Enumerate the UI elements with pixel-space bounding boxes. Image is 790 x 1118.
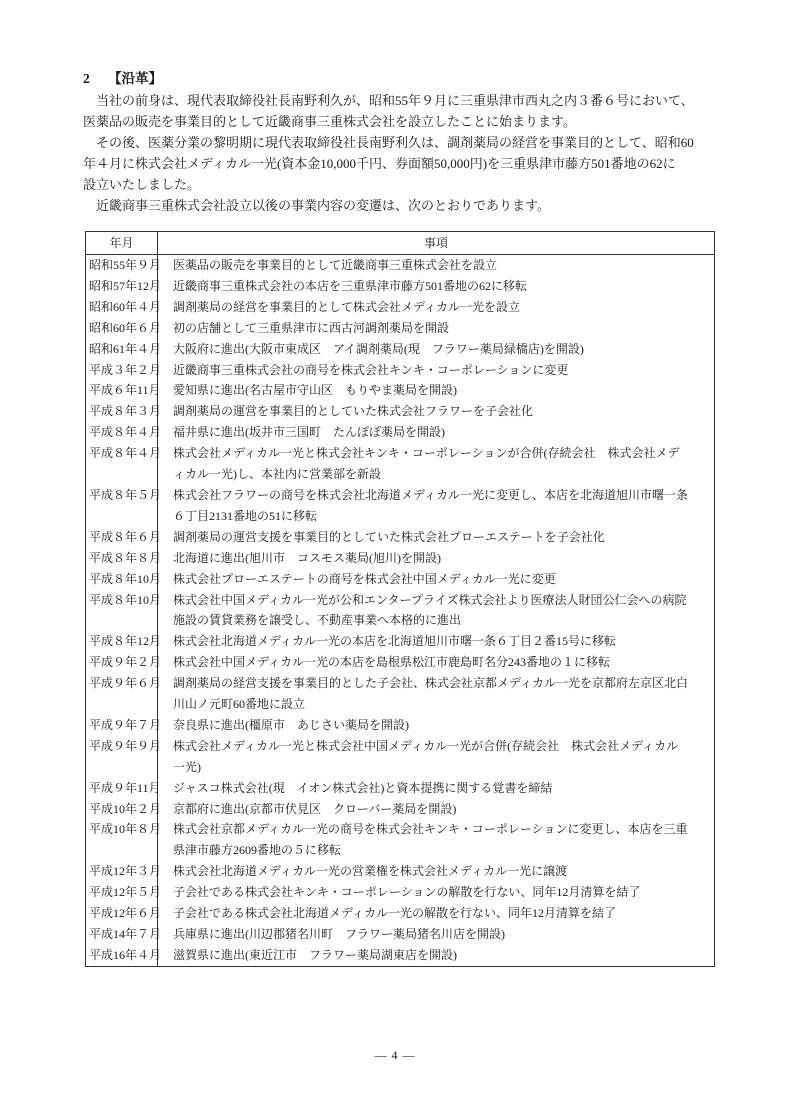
row-date: 平成12年６月 <box>86 903 158 924</box>
row-item-line: 医薬品の販売を事業目的として近畿商事三重株式会社を設立 <box>173 255 714 276</box>
row-item-line: 株式会社メディカル一光と株式会社中国メディカル一光が合併(存続会社 株式会社メデ… <box>173 736 714 757</box>
table-row: 平成８年10月株式会社プローエステートの商号を株式会社中国メディカル一光に変更 <box>86 569 715 590</box>
row-item-line: 愛知県に進出(名古屋市守山区 もりやま薬局を開設) <box>173 380 714 401</box>
column-header-item: 事項 <box>158 232 715 255</box>
table-row: 平成９年11月ジャスコ株式会社(現 イオン株式会社)と資本提携に関する覚書を締結 <box>86 778 715 799</box>
row-date: 平成８年４月 <box>86 443 158 485</box>
table-row: 平成８年４月株式会社メディカル一光と株式会社キンキ・コーポレーションが合併(存続… <box>86 443 715 485</box>
row-item-line: 川山ノ元町60番地に設立 <box>173 694 714 715</box>
row-item-line: 株式会社プローエステートの商号を株式会社中国メディカル一光に変更 <box>173 569 714 590</box>
row-date: 平成９年６月 <box>86 673 158 715</box>
row-item: 兵庫県に進出(川辺郡猪名川町 フラワー薬局猪名川店を開設) <box>158 924 715 945</box>
row-item-line: 大阪府に進出(大阪市東成区 アイ調剤薬局(現 フラワー薬局緑橋店)を開設) <box>173 339 714 360</box>
row-date: 平成12年５月 <box>86 882 158 903</box>
row-item-line: 奈良県に進出(橿原市 あじさい薬局を開設) <box>173 715 714 736</box>
row-item-line: 京都府に進出(京都市伏見区 クローバー薬局を開設) <box>173 799 714 820</box>
paragraph-line: 近畿商事三重株式会社設立以後の事業内容の変遷は、次のとおりであります。 <box>83 196 717 217</box>
row-item-line: 調剤薬局の運営支援を事業目的としていた株式会社プローエステートを子会社化 <box>173 527 714 548</box>
row-item: 調剤薬局の経営を事業目的として株式会社メディカル一光を設立 <box>158 297 715 318</box>
row-item: 株式会社フラワーの商号を株式会社北海道メディカル一光に変更し、本店を北海道旭川市… <box>158 485 715 527</box>
table-row: 平成６年11月愛知県に進出(名古屋市守山区 もりやま薬局を開設) <box>86 380 715 401</box>
row-date: 昭和55年９月 <box>86 255 158 276</box>
row-item-line: 調剤薬局の経営を事業目的として株式会社メディカル一光を設立 <box>173 297 714 318</box>
row-item: 株式会社北海道メディカル一光の営業権を株式会社メディカル一光に譲渡 <box>158 861 715 882</box>
row-date: 平成16年４月 <box>86 945 158 966</box>
row-item: 愛知県に進出(名古屋市守山区 もりやま薬局を開設) <box>158 380 715 401</box>
row-item-line: ６丁目2131番地の51に移転 <box>173 506 714 527</box>
row-item: 調剤薬局の運営支援を事業目的としていた株式会社プローエステートを子会社化 <box>158 527 715 548</box>
row-date: 平成８年12月 <box>86 631 158 652</box>
row-item-line: 株式会社メディカル一光と株式会社キンキ・コーポレーションが合併(存続会社 株式会… <box>173 443 714 464</box>
row-item: 株式会社中国メディカル一光が公和エンタープライズ株式会社より医療法人財団公仁会へ… <box>158 590 715 632</box>
row-item: 子会社である株式会社キンキ・コーポレーションの解散を行ない、同年12月清算を結了 <box>158 882 715 903</box>
row-item: 医薬品の販売を事業目的として近畿商事三重株式会社を設立 <box>158 255 715 276</box>
row-date: 昭和60年４月 <box>86 297 158 318</box>
row-item-line: 初の店舗として三重県津市に西古河調剤薬局を開設 <box>173 318 714 339</box>
header-row: 年月 事項 <box>86 232 715 255</box>
row-item-line: 調剤薬局の運営を事業目的としていた株式会社フラワーを子会社化 <box>173 401 714 422</box>
row-item-line: 子会社である株式会社キンキ・コーポレーションの解散を行ない、同年12月清算を結了 <box>173 882 714 903</box>
row-item: 京都府に進出(京都市伏見区 クローバー薬局を開設) <box>158 799 715 820</box>
row-item-line: 株式会社北海道メディカル一光の営業権を株式会社メディカル一光に譲渡 <box>173 861 714 882</box>
row-date: 平成10年２月 <box>86 799 158 820</box>
row-item: 初の店舗として三重県津市に西古河調剤薬局を開設 <box>158 318 715 339</box>
row-item: 北海道に進出(旭川市 コスモス薬局(旭川)を開設) <box>158 548 715 569</box>
row-item-line: 株式会社北海道メディカル一光の本店を北海道旭川市曙一条６丁目２番15号に移転 <box>173 631 714 652</box>
row-item: ジャスコ株式会社(現 イオン株式会社)と資本提携に関する覚書を締結 <box>158 778 715 799</box>
row-item-line: 株式会社フラワーの商号を株式会社北海道メディカル一光に変更し、本店を北海道旭川市… <box>173 485 714 506</box>
row-item-line: 株式会社京都メディカル一光の商号を株式会社キンキ・コーポレーションに変更し、本店… <box>173 819 714 840</box>
row-item: 近畿商事三重株式会社の本店を三重県津市藤方501番地の62に移転 <box>158 276 715 297</box>
row-date: 平成９年９月 <box>86 736 158 778</box>
history-table-body: 昭和55年９月医薬品の販売を事業目的として近畿商事三重株式会社を設立昭和57年1… <box>86 255 715 967</box>
row-date: 平成８年３月 <box>86 401 158 422</box>
table-row: 平成10年８月株式会社京都メディカル一光の商号を株式会社キンキ・コーポレーション… <box>86 819 715 861</box>
paragraph-line: その後、医薬分業の黎明期に現代表取締役社長南野利久は、調剤薬局の経営を事業目的と… <box>83 133 717 154</box>
row-item: 近畿商事三重株式会社の商号を株式会社キンキ・コーポレーションに変更 <box>158 360 715 381</box>
row-item: 株式会社プローエステートの商号を株式会社中国メディカル一光に変更 <box>158 569 715 590</box>
row-item-line: 北海道に進出(旭川市 コスモス薬局(旭川)を開設) <box>173 548 714 569</box>
row-item-line: 一光) <box>173 757 714 778</box>
row-date: 昭和61年４月 <box>86 339 158 360</box>
table-row: 平成８年３月調剤薬局の運営を事業目的としていた株式会社フラワーを子会社化 <box>86 401 715 422</box>
table-row: 平成10年２月京都府に進出(京都市伏見区 クローバー薬局を開設) <box>86 799 715 820</box>
row-item-line: 兵庫県に進出(川辺郡猪名川町 フラワー薬局猪名川店を開設) <box>173 924 714 945</box>
row-date: 平成３年２月 <box>86 360 158 381</box>
paragraph-line: 当社の前身は、現代表取締役社長南野利久が、昭和55年９月に三重県津市西丸之内３番… <box>83 91 717 112</box>
table-row: 昭和55年９月医薬品の販売を事業目的として近畿商事三重株式会社を設立 <box>86 255 715 276</box>
row-item: 株式会社北海道メディカル一光の本店を北海道旭川市曙一条６丁目２番15号に移転 <box>158 631 715 652</box>
row-item-line: 株式会社中国メディカル一光の本店を島根県松江市鹿島町名分243番地の１に移転 <box>173 652 714 673</box>
row-date: 平成８年５月 <box>86 485 158 527</box>
row-item-line: 子会社である株式会社北海道メディカル一光の解散を行ない、同年12月清算を結了 <box>173 903 714 924</box>
table-row: 平成８年10月株式会社中国メディカル一光が公和エンタープライズ株式会社より医療法… <box>86 590 715 632</box>
table-row: 平成８年12月株式会社北海道メディカル一光の本店を北海道旭川市曙一条６丁目２番1… <box>86 631 715 652</box>
table-row: 平成８年８月北海道に進出(旭川市 コスモス薬局(旭川)を開設) <box>86 548 715 569</box>
section-number: 2 <box>83 70 90 88</box>
row-item: 子会社である株式会社北海道メディカル一光の解散を行ない、同年12月清算を結了 <box>158 903 715 924</box>
row-date: 平成９年２月 <box>86 652 158 673</box>
history-table: 年月 事項 昭和55年９月医薬品の販売を事業目的として近畿商事三重株式会社を設立… <box>85 231 715 967</box>
table-row: 平成８年６月調剤薬局の運営支援を事業目的としていた株式会社プローエステートを子会… <box>86 527 715 548</box>
row-item-line: ィカル一光)し、本社内に営業部を新設 <box>173 464 714 485</box>
paragraph-line: 年４月に株式会社メディカル一光(資本金10,000千円、券面額50,000円)を… <box>83 154 717 175</box>
column-header-date: 年月 <box>86 232 158 255</box>
row-item-line: 施設の賃貸業務を譲受し、不動産事業へ本格的に進出 <box>173 610 714 631</box>
table-row: 平成12年３月株式会社北海道メディカル一光の営業権を株式会社メディカル一光に譲渡 <box>86 861 715 882</box>
table-row: 平成９年６月調剤薬局の経営支援を事業目的とした子会社、株式会社京都メディカル一光… <box>86 673 715 715</box>
row-item-line: 近畿商事三重株式会社の本店を三重県津市藤方501番地の62に移転 <box>173 276 714 297</box>
row-date: 平成８年10月 <box>86 590 158 632</box>
row-item-line: ジャスコ株式会社(現 イオン株式会社)と資本提携に関する覚書を締結 <box>173 778 714 799</box>
row-item-line: 調剤薬局の経営支援を事業目的とした子会社、株式会社京都メディカル一光を京都府左京… <box>173 673 714 694</box>
table-row: 平成12年６月子会社である株式会社北海道メディカル一光の解散を行ない、同年12月… <box>86 903 715 924</box>
table-row: 平成８年４月福井県に進出(坂井市三国町 たんぽぽ薬局を開設) <box>86 422 715 443</box>
paragraph-line: 医薬品の販売を事業目的として近畿商事三重株式会社を設立したことに始まります。 <box>83 112 717 133</box>
table-row: 昭和60年４月調剤薬局の経営を事業目的として株式会社メディカル一光を設立 <box>86 297 715 318</box>
intro-paragraphs: 当社の前身は、現代表取締役社長南野利久が、昭和55年９月に三重県津市西丸之内３番… <box>83 91 717 216</box>
row-item: 大阪府に進出(大阪市東成区 アイ調剤薬局(現 フラワー薬局緑橋店)を開設) <box>158 339 715 360</box>
row-date: 平成８年８月 <box>86 548 158 569</box>
row-item: 調剤薬局の運営を事業目的としていた株式会社フラワーを子会社化 <box>158 401 715 422</box>
table-row: 平成３年２月近畿商事三重株式会社の商号を株式会社キンキ・コーポレーションに変更 <box>86 360 715 381</box>
table-row: 昭和60年６月初の店舗として三重県津市に西古河調剤薬局を開設 <box>86 318 715 339</box>
paragraph-line: 設立いたしました。 <box>83 175 717 196</box>
row-date: 昭和60年６月 <box>86 318 158 339</box>
table-row: 平成14年７月兵庫県に進出(川辺郡猪名川町 フラワー薬局猪名川店を開設) <box>86 924 715 945</box>
table-row: 平成９年７月奈良県に進出(橿原市 あじさい薬局を開設) <box>86 715 715 736</box>
row-date: 平成14年７月 <box>86 924 158 945</box>
page-number: ― 4 ― <box>0 1048 790 1063</box>
row-item-line: 滋賀県に進出(東近江市 フラワー薬局湖東店を開設) <box>173 945 714 966</box>
row-item: 奈良県に進出(橿原市 あじさい薬局を開設) <box>158 715 715 736</box>
section-title: 【沿革】 <box>108 70 162 88</box>
row-item-line: 県津市藤方2609番地の５に移転 <box>173 840 714 861</box>
row-date: 平成９年７月 <box>86 715 158 736</box>
row-date: 平成８年６月 <box>86 527 158 548</box>
table-row: 平成８年５月株式会社フラワーの商号を株式会社北海道メディカル一光に変更し、本店を… <box>86 485 715 527</box>
row-date: 平成12年３月 <box>86 861 158 882</box>
row-item-line: 福井県に進出(坂井市三国町 たんぽぽ薬局を開設) <box>173 422 714 443</box>
table-row: 平成９年２月株式会社中国メディカル一光の本店を島根県松江市鹿島町名分243番地の… <box>86 652 715 673</box>
row-date: 平成８年10月 <box>86 569 158 590</box>
table-row: 昭和57年12月近畿商事三重株式会社の本店を三重県津市藤方501番地の62に移転 <box>86 276 715 297</box>
row-date: 平成10年８月 <box>86 819 158 861</box>
row-item: 株式会社メディカル一光と株式会社キンキ・コーポレーションが合併(存続会社 株式会… <box>158 443 715 485</box>
history-table-header: 年月 事項 <box>86 232 715 255</box>
row-date: 平成６年11月 <box>86 380 158 401</box>
row-item-line: 近畿商事三重株式会社の商号を株式会社キンキ・コーポレーションに変更 <box>173 360 714 381</box>
row-item: 株式会社中国メディカル一光の本店を島根県松江市鹿島町名分243番地の１に移転 <box>158 652 715 673</box>
document-page: 2 【沿革】 当社の前身は、現代表取締役社長南野利久が、昭和55年９月に三重県津… <box>0 0 790 1118</box>
row-item-line: 株式会社中国メディカル一光が公和エンタープライズ株式会社より医療法人財団公仁会へ… <box>173 590 714 611</box>
row-item: 福井県に進出(坂井市三国町 たんぽぽ薬局を開設) <box>158 422 715 443</box>
table-row: 平成９年９月株式会社メディカル一光と株式会社中国メディカル一光が合併(存続会社 … <box>86 736 715 778</box>
row-item: 株式会社メディカル一光と株式会社中国メディカル一光が合併(存続会社 株式会社メデ… <box>158 736 715 778</box>
table-row: 平成16年４月滋賀県に進出(東近江市 フラワー薬局湖東店を開設) <box>86 945 715 966</box>
row-item: 調剤薬局の経営支援を事業目的とした子会社、株式会社京都メディカル一光を京都府左京… <box>158 673 715 715</box>
table-row: 平成12年５月子会社である株式会社キンキ・コーポレーションの解散を行ない、同年1… <box>86 882 715 903</box>
row-date: 昭和57年12月 <box>86 276 158 297</box>
row-date: 平成９年11月 <box>86 778 158 799</box>
section-heading: 2 【沿革】 <box>83 70 162 88</box>
row-item: 滋賀県に進出(東近江市 フラワー薬局湖東店を開設) <box>158 945 715 966</box>
row-item: 株式会社京都メディカル一光の商号を株式会社キンキ・コーポレーションに変更し、本店… <box>158 819 715 861</box>
table-row: 昭和61年４月大阪府に進出(大阪市東成区 アイ調剤薬局(現 フラワー薬局緑橋店)… <box>86 339 715 360</box>
row-date: 平成８年４月 <box>86 422 158 443</box>
